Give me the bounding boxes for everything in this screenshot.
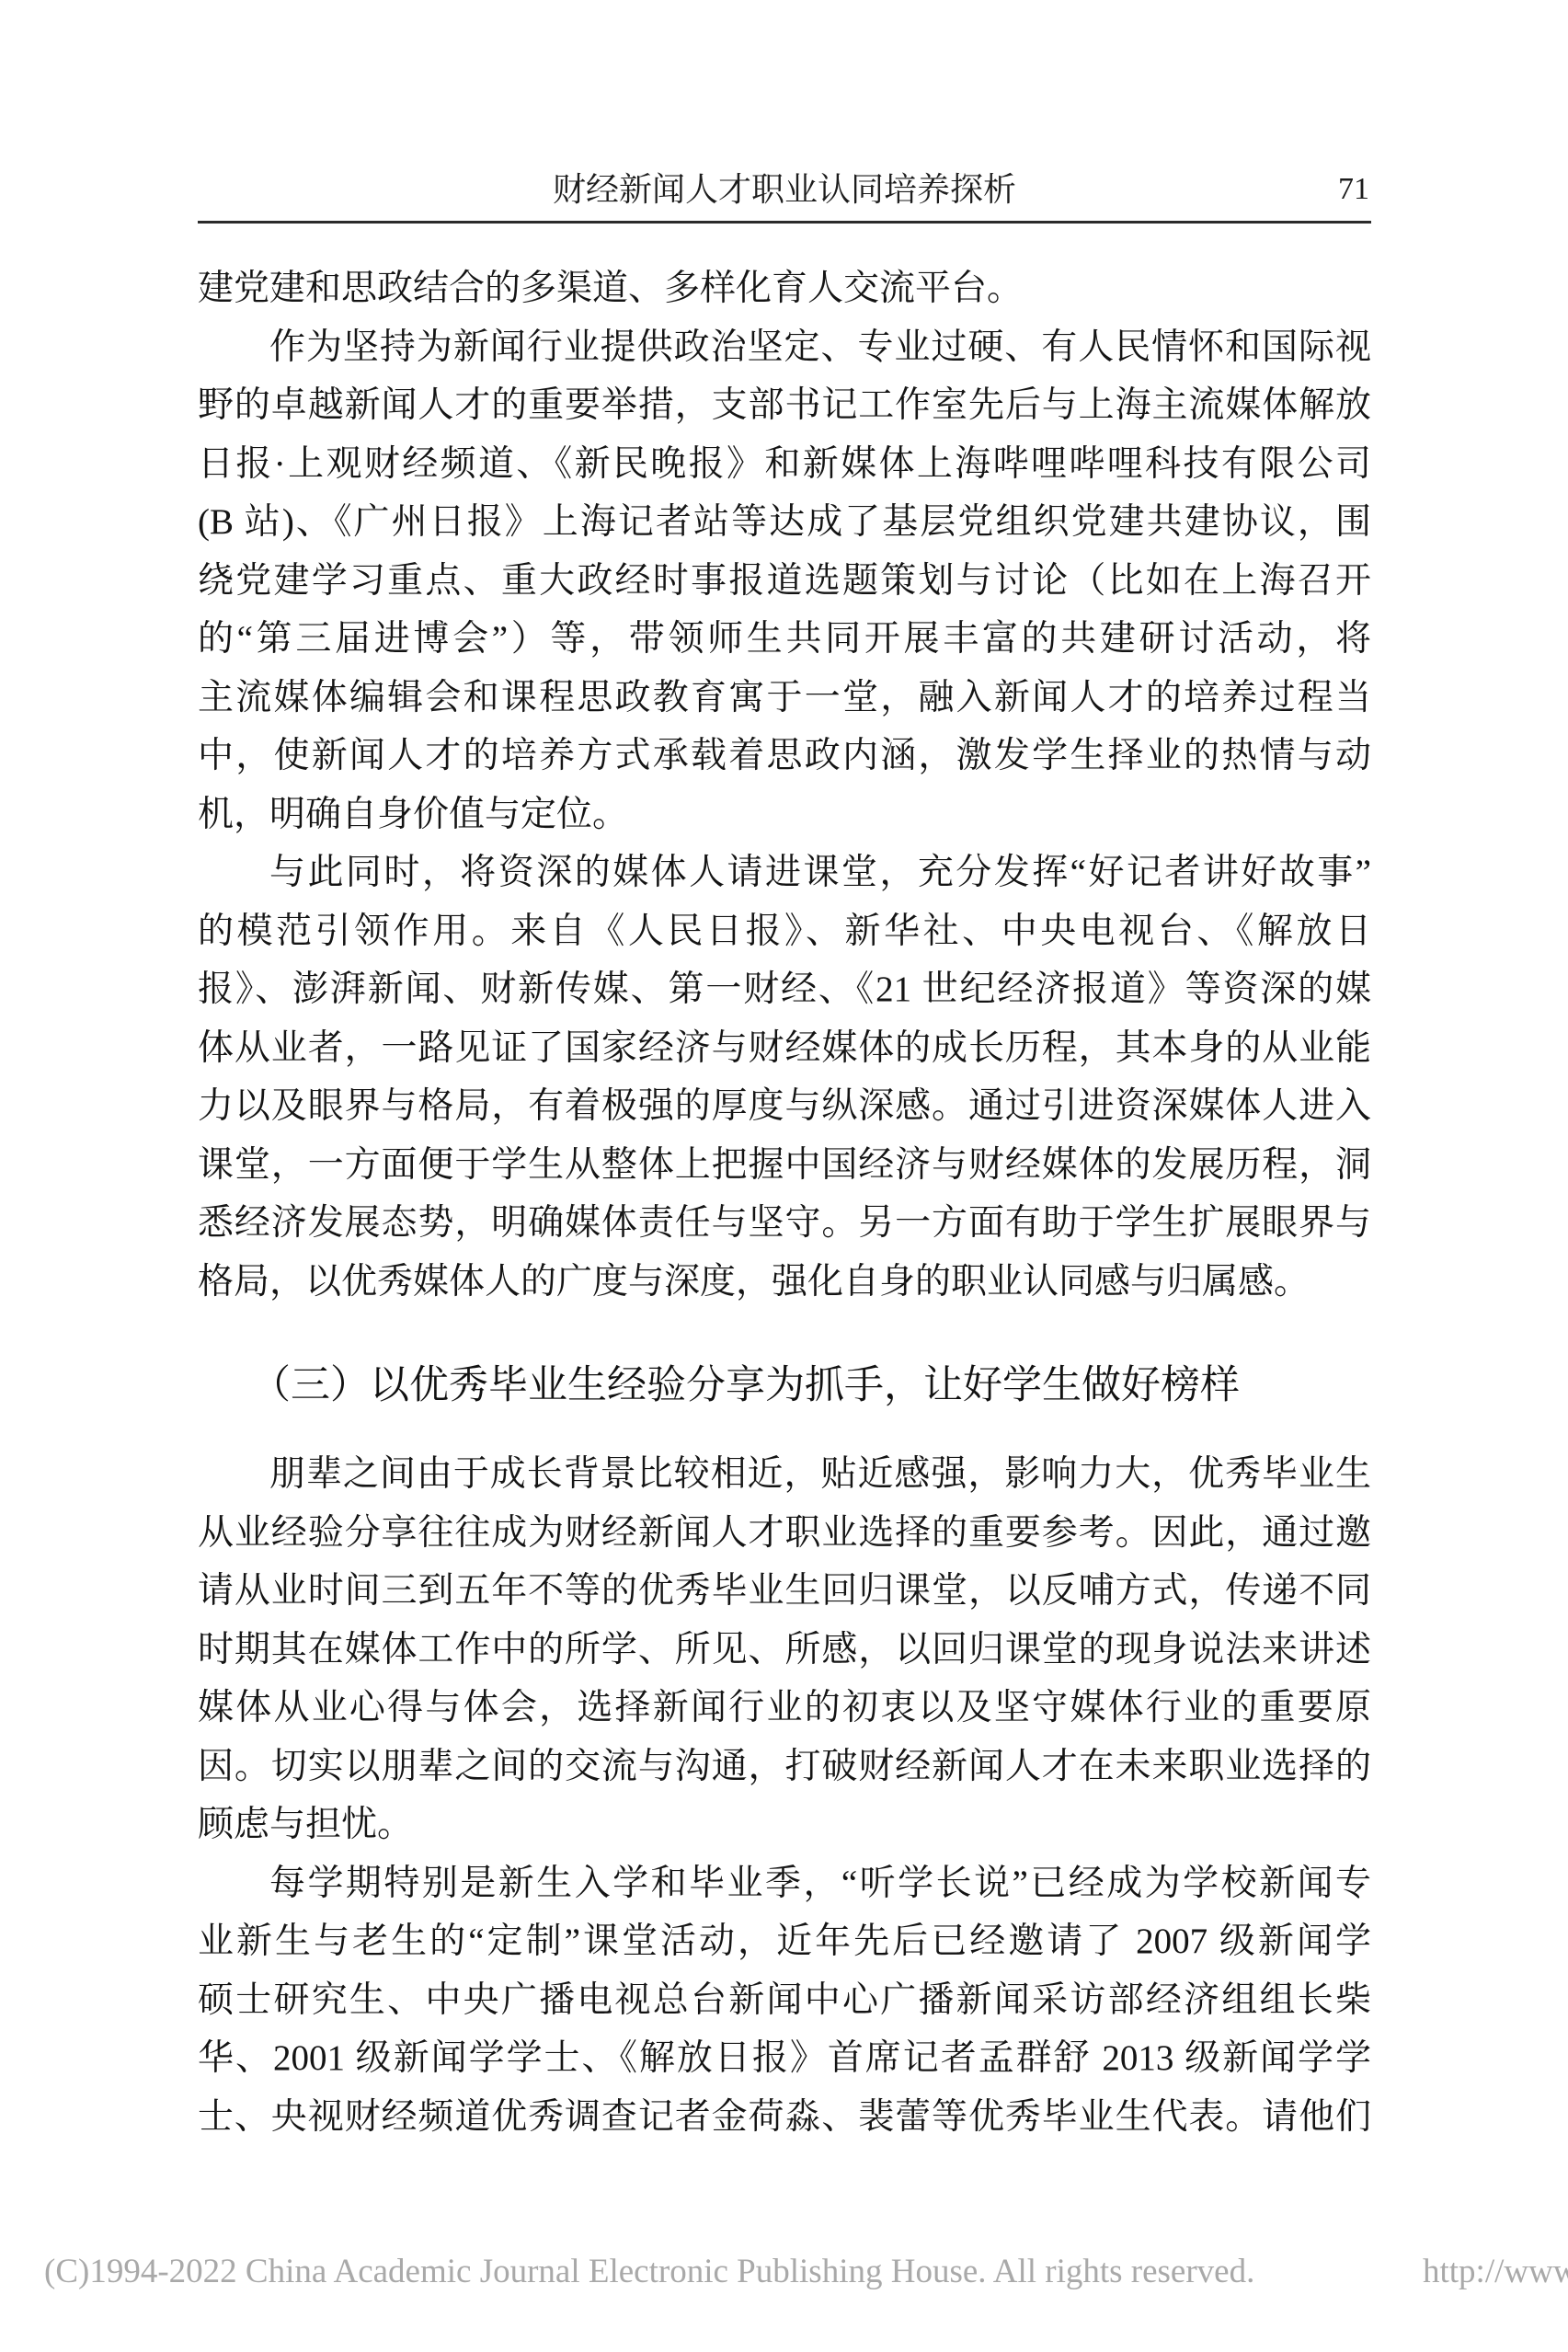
text-line: 绕党建学习重点、重大政经时事报道选题策划与讨论（比如在上海召开	[198, 552, 1371, 611]
page-number: 71	[1338, 171, 1369, 208]
text-line: 业新生与老生的“定制”课堂活动，近年先后已经邀请了 2007 级新闻学	[198, 1912, 1371, 1971]
text-line: 从业经验分享往往成为财经新闻人才职业选择的重要参考。因此，通过邀	[198, 1504, 1371, 1563]
text-line: 时期其在媒体工作中的所学、所见、所感，以回归课堂的现身说法来讲述	[198, 1621, 1371, 1680]
document-body: 建党建和思政结合的多渠道、多样化育人交流平台。作为坚持为新闻行业提供政治坚定、专…	[198, 259, 1371, 2146]
text-line: 课堂，一方面便于学生从整体上把握中国经济与财经媒体的发展历程，洞	[198, 1136, 1371, 1195]
header-rule	[198, 221, 1371, 224]
text-line: 华、2001 级新闻学学士、《解放日报》首席记者孟群舒 2013 级新闻学学	[198, 2029, 1371, 2088]
text-line: 因。切实以朋辈之间的交流与沟通，打破财经新闻人才在未来职业选择的	[198, 1738, 1371, 1796]
text-line: 力以及眼界与格局，有着极强的厚度与纵深感。通过引进资深媒体人进入	[198, 1077, 1371, 1136]
page-footer: (C)1994-2022 China Academic Journal Elec…	[0, 2252, 1568, 2300]
text-line: 体从业者，一路见证了国家经济与财经媒体的成长历程，其本身的从业能	[198, 1019, 1371, 1078]
text-line: 主流媒体编辑会和课程思政教育寓于一堂，融入新闻人才的培养过程当	[198, 669, 1371, 728]
text-line: 报》、澎湃新闻、财新传媒、第一财经、《21 世纪经济报道》等资深的媒	[198, 960, 1371, 1019]
text-line: 作为坚持为新闻行业提供政治坚定、专业过硬、有人民情怀和国际视	[198, 318, 1371, 377]
text-line: (B 站)、《广州日报》上海记者站等达成了基层党组织党建共建协议，围	[198, 493, 1371, 552]
page-header: 财经新闻人才职业认同培养探析 71	[198, 171, 1371, 208]
text-line: 建党建和思政结合的多渠道、多样化育人交流平台。	[198, 259, 1371, 318]
running-title: 财经新闻人才职业认同培养探析	[198, 171, 1371, 208]
text-line: 野的卓越新闻人才的重要举措，支部书记工作室先后与上海主流媒体解放	[198, 376, 1371, 435]
text-line: 每学期特别是新生入学和毕业季，“听学长说”已经成为学校新闻专	[198, 1854, 1371, 1913]
text-line: 与此同时，将资深的媒体人请进课堂，充分发挥“好记者讲好故事”	[198, 843, 1371, 902]
text-line: 顾虑与担忧。	[198, 1796, 1371, 1854]
text-line: 的“第三届进博会”）等，带领师生共同开展丰富的共建研讨活动，将	[198, 610, 1371, 669]
text-line: 日报·上观财经频道、《新民晚报》和新媒体上海哔哩哔哩科技有限公司	[198, 435, 1371, 494]
document-page: 财经新闻人才职业认同培养探析 71 建党建和思政结合的多渠道、多样化育人交流平台…	[0, 0, 1568, 2352]
text-line: 媒体从业心得与体会，选择新闻行业的初衷以及坚守媒体行业的重要原	[198, 1679, 1371, 1738]
text-line: 机，明确自身价值与定位。	[198, 786, 1371, 844]
text-line: 中，使新闻人才的培养方式承载着思政内涵，激发学生择业的热情与动	[198, 727, 1371, 786]
section-heading: （三）以优秀毕业生经验分享为抓手，让好学生做好榜样	[198, 1353, 1371, 1419]
footer-url: http://www.	[1423, 2252, 1568, 2291]
text-line: 士、央视财经频道优秀调查记者金荷淼、裴蕾等优秀毕业生代表。请他们	[198, 2088, 1371, 2147]
copyright-text: (C)1994-2022 China Academic Journal Elec…	[44, 2252, 1254, 2291]
text-line: 格局，以优秀媒体人的广度与深度，强化自身的职业认同感与归属感。	[198, 1253, 1371, 1312]
text-line: 悉经济发展态势，明确媒体责任与坚守。另一方面有助于学生扩展眼界与	[198, 1194, 1371, 1253]
text-line: 硕士研究生、中央广播电视总台新闻中心广播新闻采访部经济组组长柴	[198, 1971, 1371, 2030]
text-line: 的模范引领作用。来自《人民日报》、新华社、中央电视台、《解放日	[198, 902, 1371, 961]
text-line: 请从业时间三到五年不等的优秀毕业生回归课堂，以反哺方式，传递不同	[198, 1562, 1371, 1621]
text-line: 朋辈之间由于成长背景比较相近，贴近感强，影响力大，优秀毕业生	[198, 1445, 1371, 1504]
